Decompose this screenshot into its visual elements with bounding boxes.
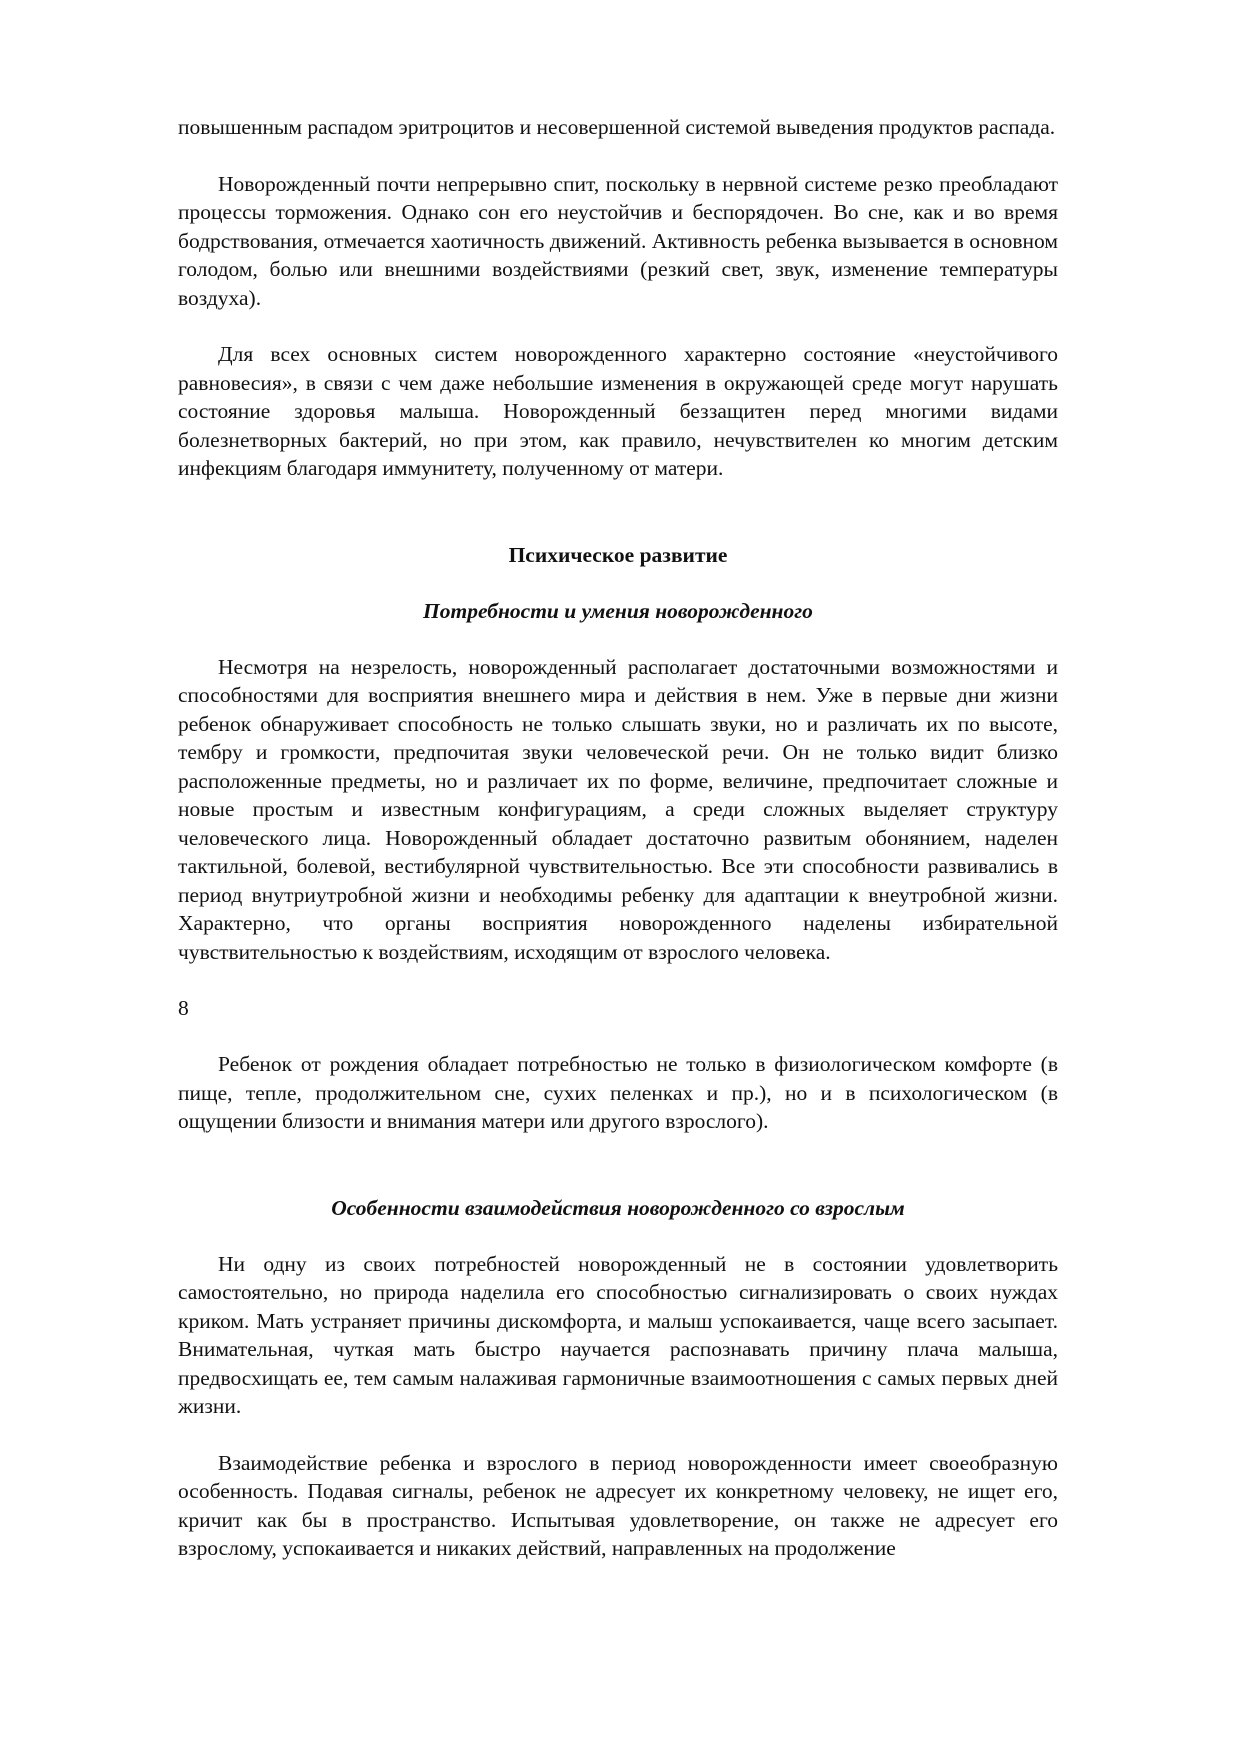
paragraph: Для всех основных систем новорожденного …	[178, 340, 1058, 483]
paragraph: Новорожденный почти непрерывно спит, пос…	[178, 170, 1058, 313]
paragraph: Ни одну из своих потребностей новорожден…	[178, 1250, 1058, 1421]
subsection-heading: Потребности и умения новорожденного	[178, 597, 1058, 625]
section-heading: Психическое развитие	[178, 541, 1058, 569]
paragraph: Несмотря на незрелость, новорожденный ра…	[178, 653, 1058, 967]
paragraph: повышенным распадом эритроцитов и несове…	[178, 113, 1058, 142]
document-page: повышенным распадом эритроцитов и несове…	[178, 113, 1058, 1563]
subsection-heading: Особенности взаимодействия новорожденног…	[178, 1194, 1058, 1222]
paragraph: Ребенок от рождения обладает потребность…	[178, 1050, 1058, 1136]
paragraph: Взаимодействие ребенка и взрослого в пер…	[178, 1449, 1058, 1563]
page-number: 8	[178, 994, 1058, 1022]
